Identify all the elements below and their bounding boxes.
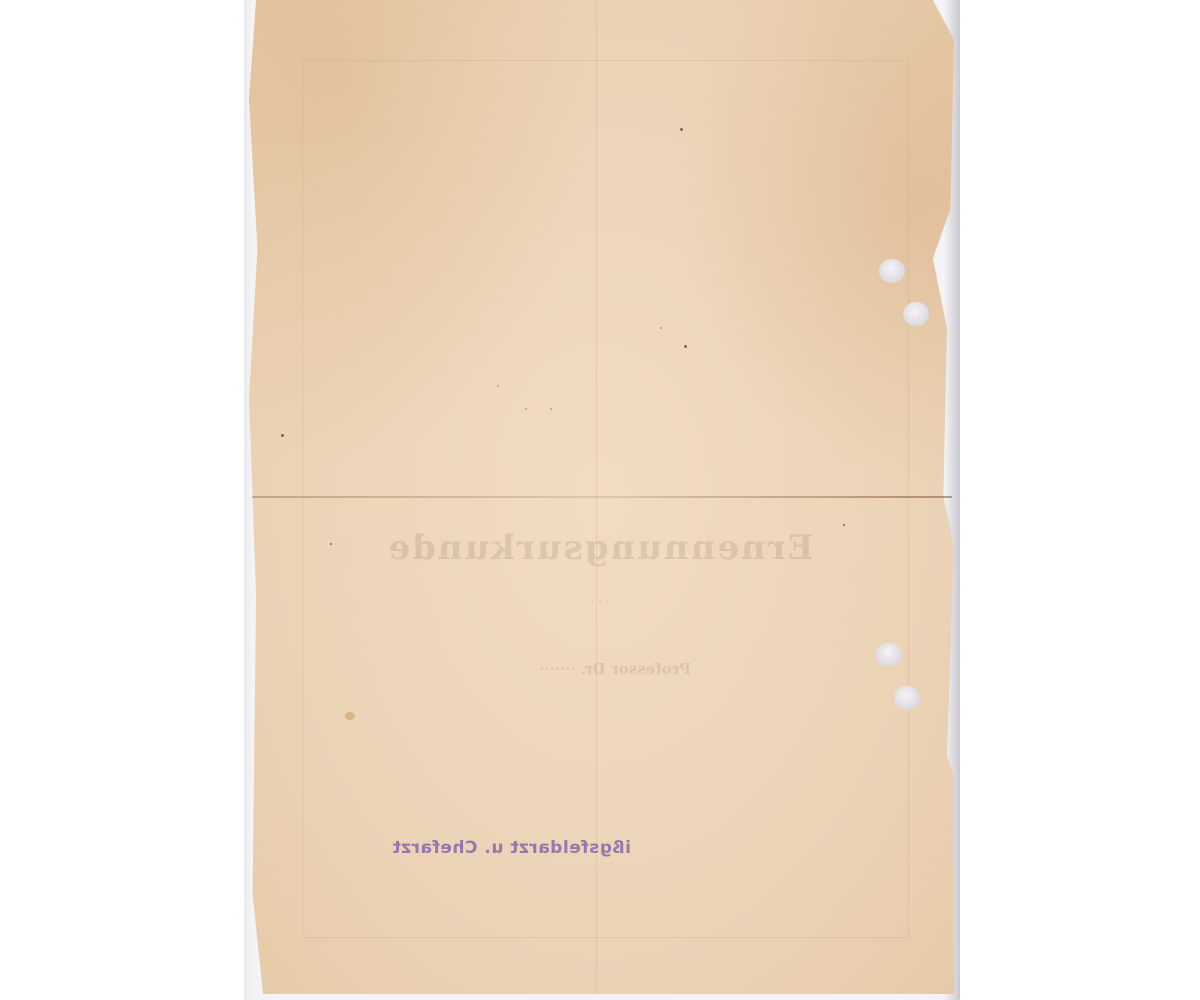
punch-hole-1 xyxy=(879,259,905,283)
punch-hole-2 xyxy=(903,302,929,326)
purple-stamp-mirrored: ißgsfeldarzt u. Chefarzt xyxy=(416,838,631,858)
ink-speck xyxy=(843,524,845,526)
ink-speck xyxy=(497,385,499,387)
faint-page-border xyxy=(302,60,909,938)
punch-hole-4 xyxy=(894,686,920,710)
horizontal-fold-line xyxy=(252,496,952,498)
ink-speck xyxy=(684,345,687,348)
ink-speck xyxy=(525,408,527,410)
punch-hole-3 xyxy=(876,643,902,667)
ink-speck xyxy=(550,408,552,410)
ink-speck xyxy=(680,128,683,131)
ink-speck xyxy=(281,434,284,437)
ink-speck xyxy=(660,327,662,329)
show-through-subtitle: · · · · · · · · · · · xyxy=(400,595,800,608)
show-through-name: Professor Dr. ······· xyxy=(470,660,760,678)
show-through-title: Ernennungsurkunde xyxy=(340,528,860,568)
ink-speck xyxy=(330,543,332,545)
stain-spot xyxy=(345,712,355,720)
